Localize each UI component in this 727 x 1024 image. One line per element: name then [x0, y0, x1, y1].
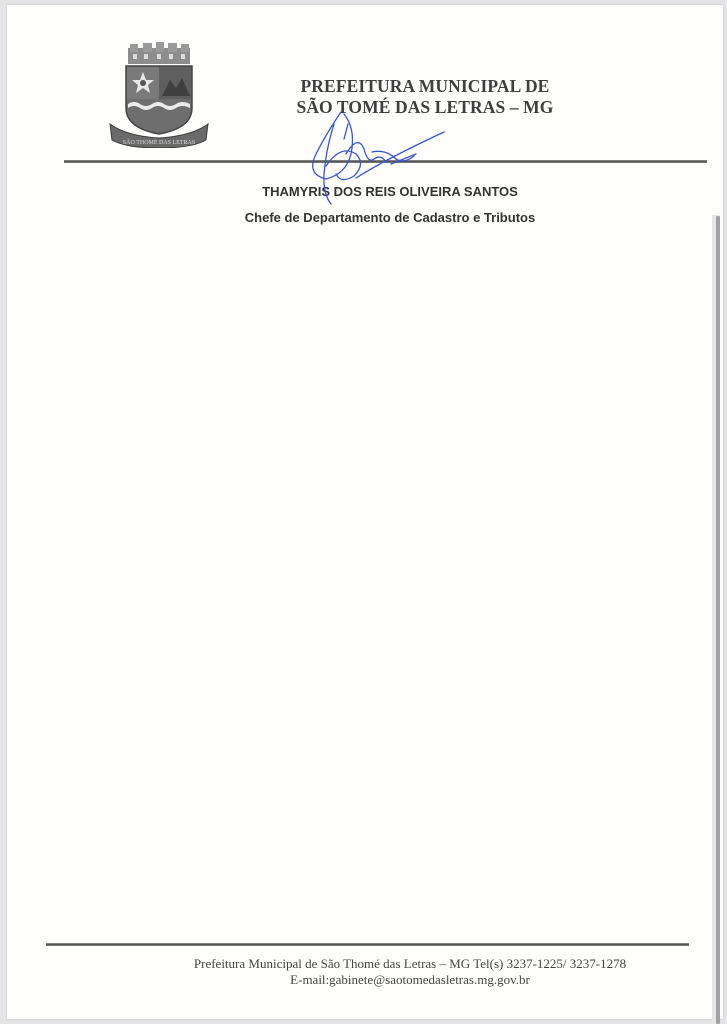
signature-icon — [296, 104, 446, 214]
scrollbar-thumb[interactable] — [716, 216, 720, 1024]
footer-contact: Prefeitura Municipal de São Thomé das Le… — [150, 956, 670, 972]
coat-of-arms-icon: SÃO THOMÉ DAS LETRAS — [106, 42, 212, 148]
svg-text:SÃO THOMÉ DAS LETRAS: SÃO THOMÉ DAS LETRAS — [123, 138, 195, 146]
header-title-line1: PREFEITURA MUNICIPAL DE — [270, 76, 580, 97]
footer-email: E-mail:gabinete@saotomedasletras.mg.gov.… — [150, 972, 670, 988]
footer-divider — [46, 943, 689, 946]
